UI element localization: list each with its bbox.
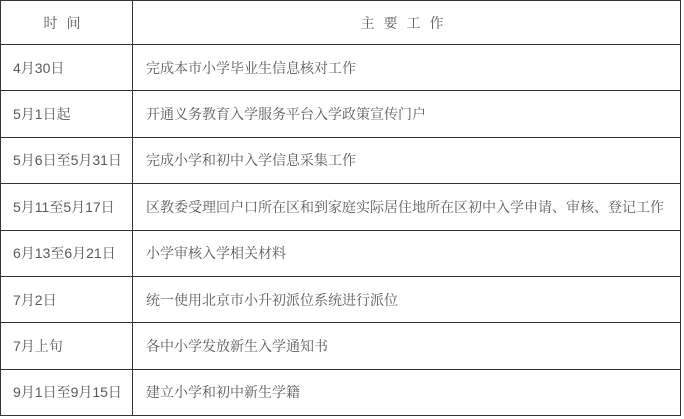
table-row: 6月13至6月21日 小学审核入学相关材料: [1, 230, 681, 276]
table-row: 9月1日至9月15日 建立小学和初中新生学籍: [1, 369, 681, 415]
work-cell: 建立小学和初中新生学籍: [133, 369, 681, 415]
table-row: 4月30日 完成本市小学毕业生信息核对工作: [1, 45, 681, 91]
time-cell: 6月13至6月21日: [1, 230, 133, 276]
table-body: 4月30日 完成本市小学毕业生信息核对工作 5月1日起 开通义务教育入学服务平台…: [1, 45, 681, 416]
header-row: 时间 主要工作: [1, 1, 681, 45]
time-cell: 7月上旬: [1, 323, 133, 369]
page: 时间 主要工作 4月30日 完成本市小学毕业生信息核对工作 5月1日起 开通义务…: [0, 0, 684, 419]
work-cell: 完成小学和初中入学信息采集工作: [133, 137, 681, 183]
table-row: 5月1日起 开通义务教育入学服务平台入学政策宣传门户: [1, 91, 681, 137]
table-row: 7月上旬 各中小学发放新生入学通知书: [1, 323, 681, 369]
time-cell: 5月6日至5月31日: [1, 137, 133, 183]
work-cell: 区教委受理回户口所在区和到家庭实际居住地所在区初中入学申请、审核、登记工作: [133, 184, 681, 230]
table-header: 时间 主要工作: [1, 1, 681, 45]
work-cell: 开通义务教育入学服务平台入学政策宣传门户: [133, 91, 681, 137]
column-header-work: 主要工作: [133, 1, 681, 45]
work-cell: 完成本市小学毕业生信息核对工作: [133, 45, 681, 91]
table-row: 5月6日至5月31日 完成小学和初中入学信息采集工作: [1, 137, 681, 183]
time-cell: 5月11至5月17日: [1, 184, 133, 230]
table-row: 5月11至5月17日 区教委受理回户口所在区和到家庭实际居住地所在区初中入学申请…: [1, 184, 681, 230]
work-cell: 小学审核入学相关材料: [133, 230, 681, 276]
time-cell: 9月1日至9月15日: [1, 369, 133, 415]
time-cell: 7月2日: [1, 276, 133, 322]
table-row: 7月2日 统一使用北京市小升初派位系统进行派位: [1, 276, 681, 322]
time-cell: 4月30日: [1, 45, 133, 91]
time-cell: 5月1日起: [1, 91, 133, 137]
schedule-table: 时间 主要工作 4月30日 完成本市小学毕业生信息核对工作 5月1日起 开通义务…: [0, 0, 681, 416]
work-cell: 统一使用北京市小升初派位系统进行派位: [133, 276, 681, 322]
work-cell: 各中小学发放新生入学通知书: [133, 323, 681, 369]
column-header-time: 时间: [1, 1, 133, 45]
